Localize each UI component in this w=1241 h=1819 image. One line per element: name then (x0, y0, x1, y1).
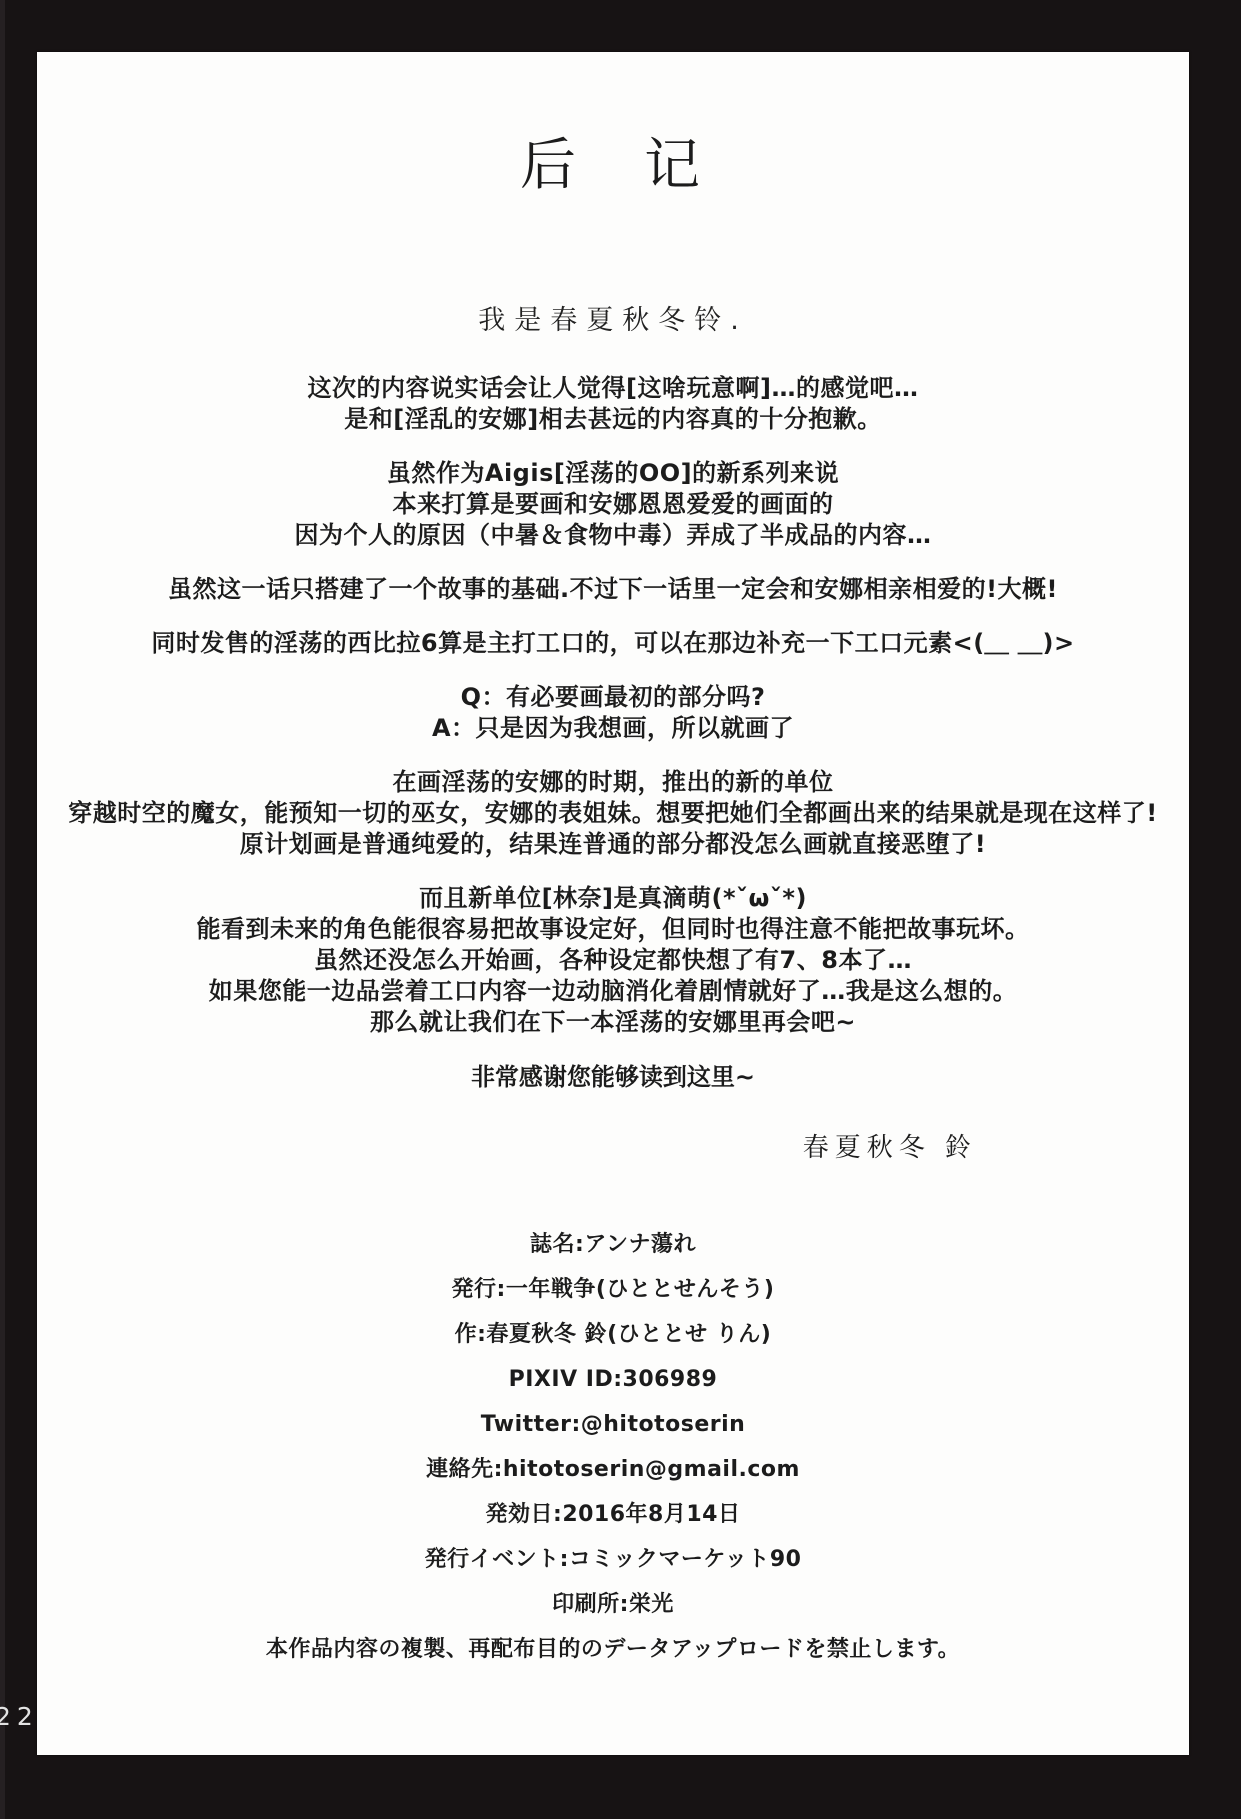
credit-publish-date: 発効日:2016年8月14日 (37, 1492, 1189, 1537)
credit-printer: 印刷所:栄光 (37, 1582, 1189, 1627)
text-line: 原计划画是普通纯爱的，结果连普通的部分都没怎么画就直接恶堕了! (37, 829, 1189, 860)
page-title: 后 记 (37, 134, 1189, 198)
paragraph-story-foundation: 虽然这一话只搭建了一个故事的基础.不过下一话里一定会和安娜相亲相爱的!大概! (37, 574, 1189, 605)
credit-copyright-notice: 本作品内容の複製、再配布目的のデータアップロードを禁止します。 (37, 1627, 1189, 1672)
paragraph-series-intro: 虽然作为Aigis[淫荡的OO]的新系列来说 本来打算是要画和安娜恩恩爱爱的画面… (37, 458, 1189, 551)
paragraph-apology: 这次的内容说实话会让人觉得[这啥玩意啊]…的感觉吧… 是和[淫乱的安娜]相去甚远… (37, 373, 1189, 435)
author-signature: 春夏秋冬 鈴 (37, 1133, 1189, 1164)
thanks-line: 非常感谢您能够读到这里~ (37, 1062, 1189, 1093)
text-line: 这次的内容说实话会让人觉得[这啥玩意啊]…的感觉吧… (37, 373, 1189, 404)
paragraph-new-units: 在画淫荡的安娜的时期，推出的新的单位 穿越时空的魔女，能预知一切的巫女，安娜的表… (37, 767, 1189, 860)
text-line: 能看到未来的角色能很容易把故事设定好，但同时也得注意不能把故事玩坏。 (37, 914, 1189, 945)
credit-magazine-title: 誌名:アンナ蕩れ (37, 1222, 1189, 1267)
text-line: 虽然还没怎么开始画，各种设定都快想了有7、8本了… (37, 945, 1189, 976)
credit-contact-email: 連絡先:hitotoserin@gmail.com (37, 1447, 1189, 1492)
text-line: 穿越时空的魔女，能预知一切的巫女，安娜的表姐妹。想要把她们全都画出来的结果就是现… (37, 798, 1189, 829)
author-greeting: 我是春夏秋冬铃. (37, 298, 1189, 337)
page-number: 22 (0, 1702, 39, 1731)
text-line: 如果您能一边品尝着工口内容一边动脑消化着剧情就好了…我是这么想的。 (37, 976, 1189, 1007)
question-line: Q：有必要画最初的部分吗? (37, 682, 1189, 713)
text-line: 是和[淫乱的安娜]相去甚远的内容真的十分抱歉。 (37, 404, 1189, 435)
text-line: 虽然作为Aigis[淫荡的OO]的新系列来说 (37, 458, 1189, 489)
credit-publisher: 発行:一年戦争(ひととせんそう) (37, 1267, 1189, 1312)
text-line: 而且新单位[林奈]是真滴萌(*ˇωˇ*) (37, 883, 1189, 914)
paragraph-q-and-a: Q：有必要画最初的部分吗? A：只是因为我想画，所以就画了 (37, 682, 1189, 744)
text-line: 在画淫荡的安娜的时期，推出的新的单位 (37, 767, 1189, 798)
credit-pixiv-id: PIXIV ID:306989 (37, 1357, 1189, 1402)
answer-line: A：只是因为我想画，所以就画了 (37, 713, 1189, 744)
paragraph-simultaneous-release: 同时发售的淫荡的西比拉6算是主打工口的，可以在那边补充一下工口元素<(＿ ＿)> (37, 628, 1189, 659)
paragraph-future-plans: 而且新单位[林奈]是真滴萌(*ˇωˇ*) 能看到未来的角色能很容易把故事设定好，… (37, 883, 1189, 1038)
credit-event: 発行イベント:コミックマーケット90 (37, 1537, 1189, 1582)
text-line: 那么就让我们在下一本淫荡的安娜里再会吧~ (37, 1007, 1189, 1038)
credit-author: 作:春夏秋冬 鈴(ひととせ りん) (37, 1312, 1189, 1357)
credits-block: 誌名:アンナ蕩れ 発行:一年戦争(ひととせんそう) 作:春夏秋冬 鈴(ひととせ … (37, 1222, 1189, 1672)
text-line: 本来打算是要画和安娜恩恩爱爱的画面的 (37, 489, 1189, 520)
text-line: 同时发售的淫荡的西比拉6算是主打工口的，可以在那边补充一下工口元素<(＿ ＿)> (37, 628, 1189, 659)
afterword-page: 后 记 我是春夏秋冬铃. 这次的内容说实话会让人觉得[这啥玩意啊]…的感觉吧… … (37, 52, 1189, 1755)
credit-twitter: Twitter:@hitotoserin (37, 1402, 1189, 1447)
text-line: 虽然这一话只搭建了一个故事的基础.不过下一话里一定会和安娜相亲相爱的!大概! (37, 574, 1189, 605)
text-line: 因为个人的原因（中暑＆食物中毒）弄成了半成品的内容… (37, 520, 1189, 551)
scan-edge-artifact (0, 0, 5, 1819)
